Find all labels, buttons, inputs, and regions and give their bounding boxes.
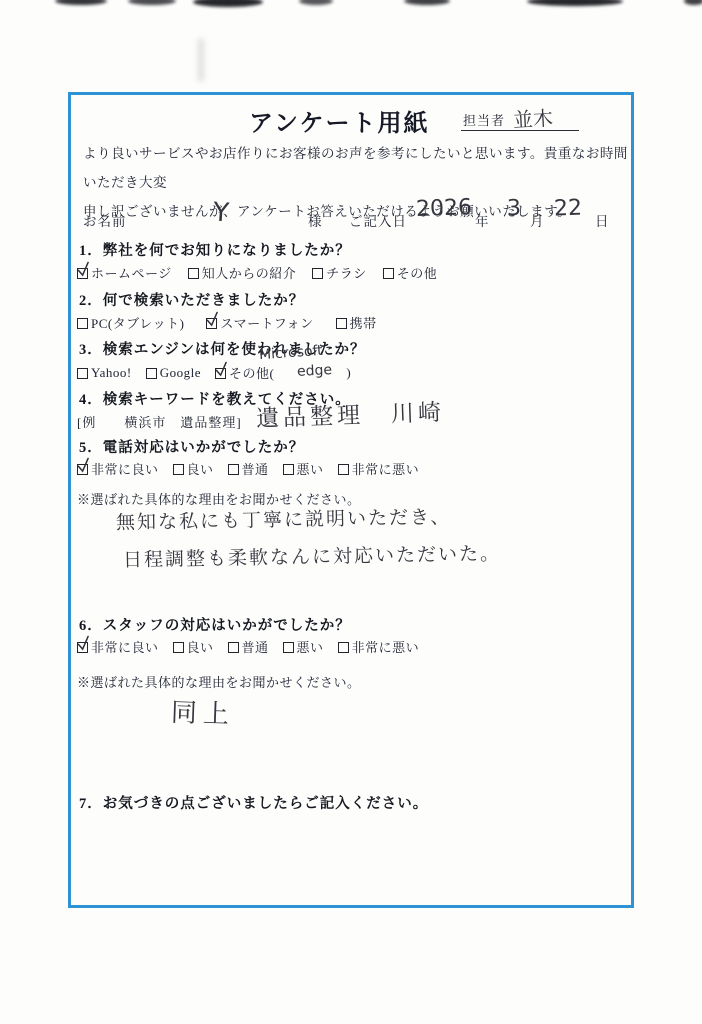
name-label: お名前 [83,210,127,230]
phone-reason-handwritten-line1: 無知な私にも丁寧に説明いただき、 [116,502,452,535]
option-google: Google [146,365,201,381]
honorific-label: 様 [308,210,323,230]
checkbox-checked-icon [77,642,88,653]
scan-smudge [198,38,204,82]
option-label: 悪い [297,637,324,656]
scan-blob [684,0,702,5]
day-unit-label: 日 [595,210,610,230]
survey-form: アンケート用紙 担当者 並木 より良いサービスやお店作りにお客様のお声を参考にし… [68,92,634,908]
option-flyer: チラシ [312,263,367,282]
option-label: Yahoo! [91,365,132,381]
option-bad: 悪い [283,459,324,478]
option-label: 良い [187,637,214,656]
option-label: 普通 [242,637,269,656]
option-label: 普通 [242,459,269,478]
question-5-title: 5．電話対応はいかがでしたか？ [79,436,304,457]
checkbox-icon [338,464,349,475]
form-title: アンケート用紙 [249,103,430,138]
option-pc-tablet: PC(タブレット) [77,313,184,332]
option-normal: 普通 [228,637,269,656]
scan-blob [55,0,107,5]
check-mark-icon [75,632,92,653]
check-mark-icon [75,258,92,279]
question-6-options: 非常に良い 良い 普通 悪い 非常に悪い [77,637,419,656]
year-unit-label: 年 [475,210,490,230]
scan-blob [193,0,263,7]
question-7-title: 7．お気づきの点ございましたらご記入ください。 [79,792,428,813]
option-bad: 悪い [283,637,324,656]
keyword-answer-handwritten: 遺品整理 川崎 [255,394,445,434]
option-very-bad: 非常に悪い [338,459,420,478]
option-mobile: 携帯 [336,313,377,332]
option-label: PC(タブレット) [91,313,184,332]
checkbox-icon [338,642,349,653]
intro-line-1: より良いサービスやお店作りにお客様のお声を参考にしたいと思います。貴重なお時間い… [83,146,628,190]
other-engine-handwritten-line1: Microsoft [259,343,324,363]
option-label: 非常に良い [91,637,159,656]
option-good: 良い [173,637,214,656]
option-very-good: 非常に良い [77,459,159,478]
check-mark-icon [204,308,221,329]
checkbox-icon [146,368,157,379]
option-label: 非常に悪い [352,637,420,656]
date-label: ご記入日 [349,210,407,230]
month-unit-label: 月 [530,210,545,230]
option-label: その他( [229,363,274,382]
checkbox-icon [336,318,347,329]
checkbox-icon [173,642,184,653]
checkbox-icon [77,368,88,379]
option-yahoo: Yahoo! [77,365,132,381]
checkbox-icon [228,642,239,653]
checkbox-icon [77,318,88,329]
close-paren-label: ) [346,365,351,381]
option-homepage: ホームページ [77,263,172,282]
question-2-title: 2．何で検索いただきましたか？ [79,289,304,310]
option-label: 悪い [297,459,324,478]
option-label: その他 [397,263,438,282]
checkbox-checked-icon [206,318,217,329]
option-label: Google [160,365,201,381]
checkbox-checked-icon [77,268,88,279]
other-engine-handwritten-line2: edge [297,362,333,380]
option-label: チラシ [326,263,367,282]
option-smartphone: スマートフォン [206,313,313,332]
scan-blob [527,0,623,6]
option-label: 良い [187,459,214,478]
staff-field: 担当者 並木 [461,109,579,131]
option-good: 良い [173,459,214,478]
staff-label: 担当者 [463,110,505,129]
reason-prompt: ※選ばれた具体的な理由をお聞かせください。 [77,672,361,691]
option-label: 携帯 [350,313,377,332]
phone-reason-handwritten-line2: 日程調整も柔軟なんに対応いただいた。 [123,539,501,573]
option-very-bad: 非常に悪い [338,637,420,656]
check-mark-icon [213,358,230,379]
name-mark-handwritten: Y [212,197,230,228]
scan-blob [128,0,176,5]
staff-name-handwritten: 並木 [513,108,554,130]
scan-blob [404,0,450,5]
checkbox-icon [383,268,394,279]
checkbox-checked-icon [77,464,88,475]
checkbox-checked-icon [215,368,226,379]
question-6-title: 6．スタッフの対応はいかがでしたか？ [79,614,351,635]
checkbox-icon [283,464,294,475]
checkbox-icon [312,268,323,279]
keyword-example-label: [例 横浜市 遺品整理] [77,412,242,431]
question-1-options: ホームページ 知人からの紹介 チラシ その他 [77,263,437,282]
option-normal: 普通 [228,459,269,478]
staff-reason-handwritten: 同上 [170,692,235,731]
scanned-survey-page: アンケート用紙 担当者 並木 より良いサービスやお店作りにお客様のお声を参考にし… [0,0,702,1024]
date-month-handwritten: 3 [507,198,522,220]
checkbox-icon [283,642,294,653]
checkbox-icon [228,464,239,475]
option-label: ホームページ [91,263,172,282]
intro-line-2: 申し訳ございませんが、アンケートお答えいただけるようお願いいたします。 [83,204,571,219]
check-mark-icon [75,454,92,475]
option-label: スマートフォン [220,313,313,332]
checkbox-icon [188,268,199,279]
question-1-title: 1．弊社を何でお知りになりましたか？ [79,239,351,260]
checkbox-icon [173,464,184,475]
date-year-handwritten: 2026 [416,197,473,221]
option-referral: 知人からの紹介 [188,263,297,282]
option-very-good: 非常に良い [77,637,159,656]
question-5-options: 非常に良い 良い 普通 悪い 非常に悪い [77,459,419,478]
option-label: 知人からの紹介 [202,263,297,282]
question-2-options: PC(タブレット) スマートフォン 携帯 [77,313,377,332]
option-label: 非常に悪い [352,459,420,478]
date-day-handwritten: 22 [554,198,583,221]
scan-blob [299,0,333,5]
option-other: その他 [383,263,438,282]
option-label: 非常に良い [91,459,159,478]
